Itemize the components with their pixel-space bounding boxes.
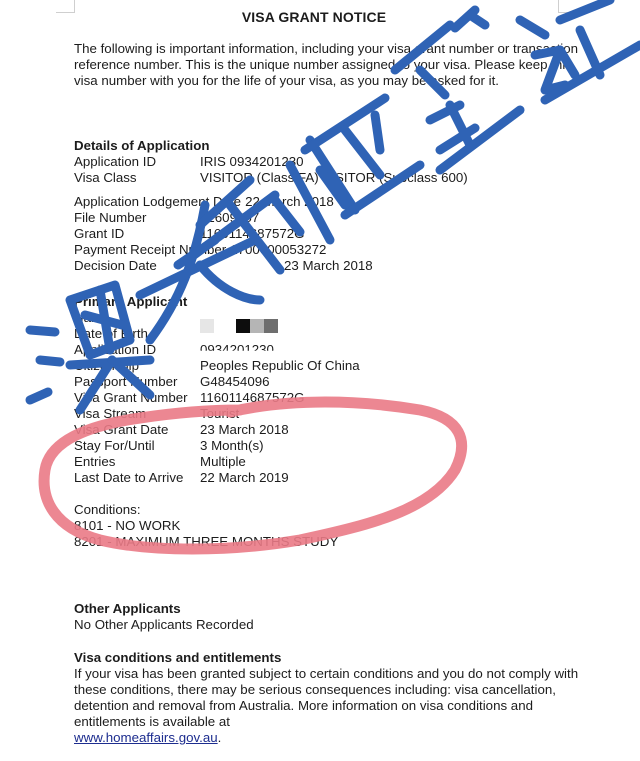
- applicant-value: 0934201230: [200, 342, 274, 358]
- condition-item: 8201 - MAXIMUM THREE MONTHS STUDY: [74, 534, 614, 550]
- applicant-row: Visa Grant Date 23 March 2018: [74, 422, 614, 438]
- applicant-label: Stay For/Until: [74, 438, 200, 454]
- detail-label: Visa Class: [74, 170, 200, 186]
- page-corner-mark: [56, 0, 75, 13]
- applicant-row: Entries Multiple: [74, 454, 614, 470]
- redacted-value: [200, 318, 278, 334]
- redaction-block: [250, 319, 264, 333]
- primary-applicant: Primary Applicant Name Date of Birth App…: [74, 294, 614, 550]
- redaction-block: [236, 319, 250, 333]
- detail-label: Application ID: [74, 154, 200, 170]
- applicant-row: Stay For/Until 3 Month(s): [74, 438, 614, 454]
- details-heading: Details of Application: [74, 138, 614, 154]
- detail-label: Grant ID: [74, 226, 200, 242]
- document-title: VISA GRANT NOTICE: [74, 9, 554, 25]
- applicant-value: Peoples Republic Of China: [200, 358, 360, 374]
- detail-value: 1160114687572G: [200, 226, 305, 242]
- redaction-block: [264, 319, 278, 333]
- entitlements-text: If your visa has been granted subject to…: [74, 666, 594, 730]
- applicant-label: Passport Number: [74, 374, 200, 390]
- details-of-application: Details of Application Application ID IR…: [74, 138, 614, 274]
- applicant-row: Date of Birth: [74, 326, 614, 342]
- detail-row: Visa Class VISITOR (Class FA) VISITOR (S…: [74, 170, 614, 186]
- applicant-value: 22 March 2019: [200, 470, 289, 486]
- detail-row: Application ID IRIS 0934201230: [74, 154, 614, 170]
- applicant-label: Visa Grant Date: [74, 422, 200, 438]
- applicant-value: Multiple: [200, 454, 246, 470]
- other-heading: Other Applicants: [74, 601, 614, 617]
- detail-value: 1700000053272: [230, 242, 326, 258]
- page-corner-mark: [558, 0, 577, 13]
- redaction-block: [200, 319, 214, 333]
- applicant-label: Entries: [74, 454, 200, 470]
- homeaffairs-link[interactable]: www.homeaffairs.gov.au: [74, 730, 218, 745]
- detail-label: File Number: [74, 210, 200, 226]
- applicant-value: Tourist: [200, 406, 239, 422]
- detail-row: File Number 02609857: [74, 210, 614, 226]
- applicant-row: Visa Grant Number 1160114687572G: [74, 390, 614, 406]
- applicant-row: Application ID 0934201230: [74, 342, 614, 358]
- applicant-row: Passport Number G48454096: [74, 374, 614, 390]
- applicant-row: Visa Stream Tourist: [74, 406, 614, 422]
- applicant-label: Last Date to Arrive: [74, 470, 200, 486]
- other-applicants: Other Applicants No Other Applicants Rec…: [74, 601, 614, 633]
- applicant-label: Visa Grant Number: [74, 390, 200, 406]
- link-period: .: [218, 730, 222, 745]
- detail-label: Application Lodgement Date: [74, 194, 241, 210]
- detail-row: Application Lodgement Date 22 March 2018: [74, 194, 614, 210]
- applicant-label: Visa Stream: [74, 406, 200, 422]
- applicant-row: Citizenship Peoples Republic Of China: [74, 358, 614, 374]
- primary-heading: Primary Applicant: [74, 294, 614, 310]
- applicant-label: Citizenship: [74, 358, 200, 374]
- applicant-value: 3 Month(s): [200, 438, 264, 454]
- detail-value: 02609857: [200, 210, 259, 226]
- detail-value: 22 March 2018: [245, 194, 334, 210]
- applicant-label: Application ID: [74, 342, 200, 358]
- applicant-label: Date of Birth: [74, 326, 200, 342]
- visa-entitlements: Visa conditions and entitlements If your…: [74, 650, 594, 746]
- applicant-label: Name: [74, 310, 200, 326]
- applicant-value: 1160114687572G: [200, 390, 305, 406]
- detail-label: Decision Date: [74, 258, 284, 274]
- detail-row: Grant ID 1160114687572G: [74, 226, 614, 242]
- detail-value: IRIS 0934201230: [200, 154, 304, 170]
- detail-value: VISITOR (Class FA) VISITOR (Subclass 600…: [200, 170, 468, 186]
- applicant-row: Last Date to Arrive 22 March 2019: [74, 470, 614, 486]
- conditions-heading: Conditions:: [74, 502, 614, 518]
- condition-item: 8101 - NO WORK: [74, 518, 614, 534]
- other-text: No Other Applicants Recorded: [74, 617, 614, 633]
- detail-label: Payment Receipt Number: [74, 242, 226, 258]
- detail-row: Decision Date 23 March 2018: [74, 258, 614, 274]
- applicant-value: G48454096: [200, 374, 270, 390]
- detail-value: 23 March 2018: [284, 258, 373, 274]
- entitlements-heading: Visa conditions and entitlements: [74, 650, 594, 666]
- intro-paragraph: The following is important information, …: [74, 41, 594, 89]
- detail-row: Payment Receipt Number 1700000053272: [74, 242, 614, 258]
- applicant-row: Name: [74, 310, 614, 326]
- applicant-value: 23 March 2018: [200, 422, 289, 438]
